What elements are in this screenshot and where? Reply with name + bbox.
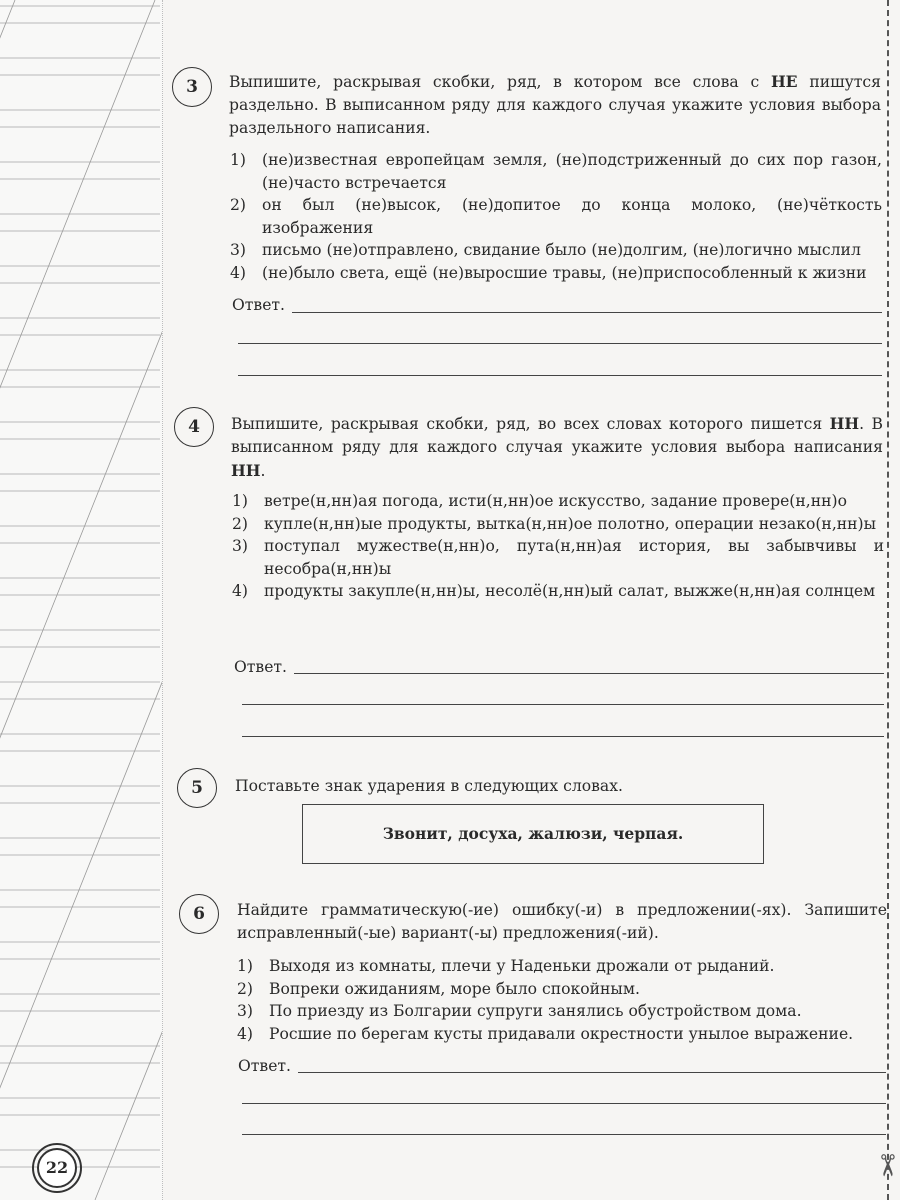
page-number: 22 (37, 1148, 77, 1188)
stress-words-box: Звонит, досуха, жалюзи, черпая. (302, 804, 764, 864)
question-6-prompt: Найдите грамматическую(-ие) ошибку(-и) в… (237, 899, 887, 945)
question-3-options: 1)(не)известная европейцам земля, (не)по… (230, 149, 882, 284)
scissors-icon: ✂ (869, 1153, 900, 1178)
answer-line[interactable] (298, 1072, 886, 1073)
guide-lines (0, 0, 162, 1200)
question-5-prompt: Поставьте знак ударения в следующих слов… (235, 775, 795, 798)
question-number-4: 4 (174, 407, 214, 447)
answer-label-4: Ответ. (234, 658, 287, 676)
question-6-options: 1)Выходя из комнаты, плечи у Наденьки др… (237, 955, 887, 1045)
option: 2)купле(н,нн)ые продукты, вытка(н,нн)ое … (232, 513, 884, 536)
answer-line[interactable] (292, 312, 882, 313)
question-number-6: 6 (179, 894, 219, 934)
answer-line[interactable] (242, 704, 884, 705)
answer-line[interactable] (294, 673, 884, 674)
handwriting-guide-margin (0, 0, 163, 1200)
question-number-5: 5 (177, 768, 217, 808)
question-3-prompt: Выпишите, раскрывая скобки, ряд, в котор… (229, 70, 881, 140)
option: 3)письмо (не)отправлено, свидание было (… (230, 239, 882, 262)
option: 4)продукты закупле(н,нн)ы, несолё(н,нн)ы… (232, 580, 884, 603)
answer-label-3: Ответ. (232, 296, 285, 314)
question-4-options: 1)ветре(н,нн)ая погода, исти(н,нн)ое иск… (232, 490, 884, 603)
option: 4)Росшие по берегам кусты придавали окре… (237, 1023, 887, 1046)
answer-line[interactable] (242, 1103, 886, 1104)
option: 1)(не)известная европейцам земля, (не)по… (230, 149, 882, 194)
cut-line (887, 0, 889, 1200)
option: 1)ветре(н,нн)ая погода, исти(н,нн)ое иск… (232, 490, 884, 513)
option: 3)поступал мужестве(н,нн)о, пута(н,нн)ая… (232, 535, 884, 580)
answer-line[interactable] (242, 736, 884, 737)
question-4-prompt: Выпишите, раскрывая скобки, ряд, во всех… (231, 412, 883, 483)
option: 2)Вопреки ожиданиям, море было спокойным… (237, 978, 887, 1001)
question-number-3: 3 (172, 67, 212, 107)
option: 4)(не)было света, ещё (не)выросшие травы… (230, 262, 882, 285)
option: 3)По приезду из Болгарии супруги занялис… (237, 1000, 887, 1023)
answer-line[interactable] (242, 1134, 886, 1135)
answer-line[interactable] (238, 375, 882, 376)
answer-line[interactable] (238, 343, 882, 344)
answer-label-6: Ответ. (238, 1057, 291, 1075)
page-number-badge: 22 (32, 1143, 82, 1193)
option: 2)он был (не)высок, (не)допитое до конца… (230, 194, 882, 239)
option: 1)Выходя из комнаты, плечи у Наденьки др… (237, 955, 887, 978)
